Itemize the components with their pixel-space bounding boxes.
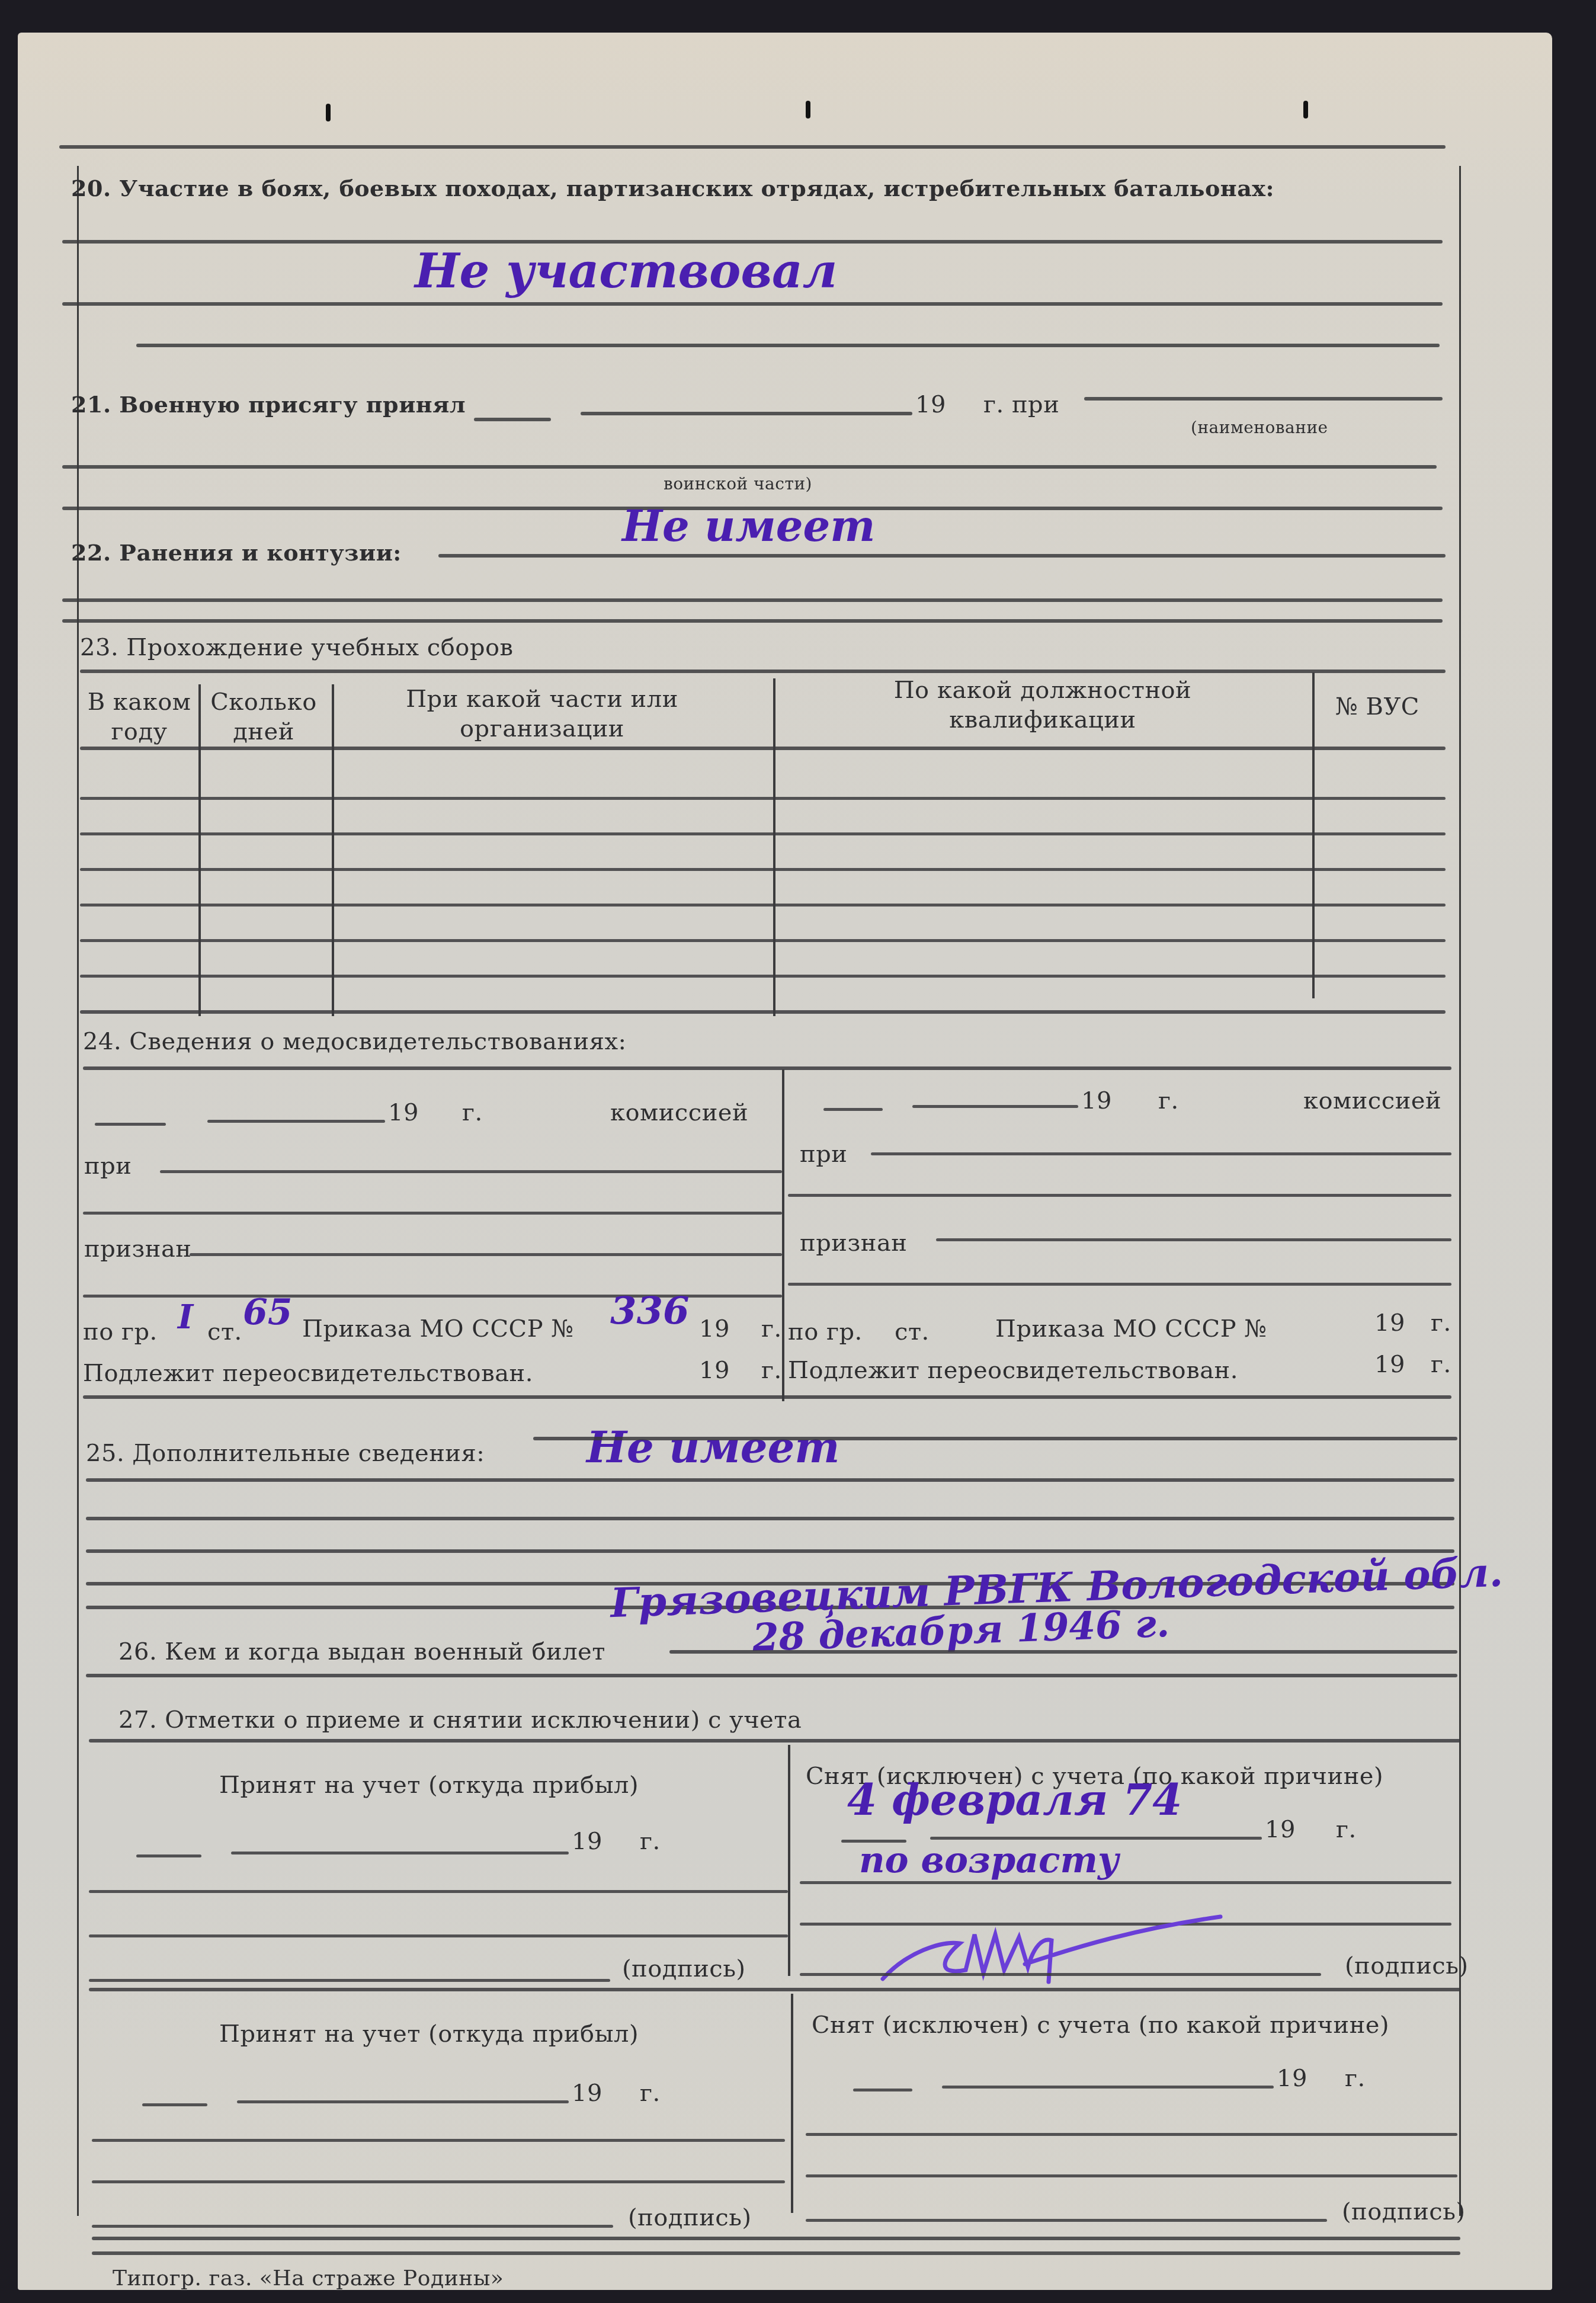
col-header-vus: № ВУС xyxy=(1315,693,1440,720)
rule xyxy=(806,2133,1457,2136)
punch-mark xyxy=(806,101,810,118)
date-month-blank xyxy=(942,2086,1274,2089)
rule xyxy=(86,1549,1454,1553)
col-divider xyxy=(788,1745,790,1976)
document-card: 20. Участие в боях, боевых походах, парт… xyxy=(18,33,1552,2290)
table-row xyxy=(80,797,1446,800)
date-day-blank xyxy=(853,2089,912,2091)
table-row xyxy=(80,868,1446,871)
table-row xyxy=(80,975,1446,978)
rule xyxy=(83,1066,1451,1070)
handwritten-signature xyxy=(871,1911,1238,1988)
signature-caption: (подпись) xyxy=(622,1955,746,1982)
rule xyxy=(86,1478,1454,1482)
date-month-blank xyxy=(912,1105,1078,1108)
group-label: по гр. xyxy=(788,1318,863,1346)
col-header-days: Сколько дней xyxy=(207,687,320,747)
date-day-blank xyxy=(474,418,551,421)
re-exam-suffix: г. xyxy=(761,1357,782,1384)
form-frame xyxy=(77,166,1461,2216)
section-24-label: 24. Сведения о медосвидетельствованиях: xyxy=(83,1028,626,1055)
section-22-label: 22. Ранения и контузии: xyxy=(71,539,402,566)
signature-line xyxy=(89,1979,610,1982)
year-suffix: г. xyxy=(1158,1087,1179,1114)
section-23-label: 23. Прохождение учебных сборов xyxy=(80,634,514,661)
group-label: по гр. xyxy=(83,1318,158,1346)
year-prefix: 19 xyxy=(1265,1816,1296,1843)
section-20-handwritten: Не участвовал xyxy=(415,243,837,299)
rule xyxy=(62,619,1443,623)
year-prefix: 19 xyxy=(1277,2065,1307,2092)
re-exam-label: Подлежит переосвидетельствован. xyxy=(83,1360,533,1387)
col-divider xyxy=(332,684,334,1016)
re-exam-suffix: г. xyxy=(1431,1351,1451,1378)
date-month-blank xyxy=(581,412,912,415)
removed-handwritten-reason: по возрасту xyxy=(859,1840,1119,1881)
order-year: 19 xyxy=(699,1315,730,1343)
date-month-blank xyxy=(207,1120,385,1123)
signature-line xyxy=(92,2225,613,2228)
signature-caption: (подпись) xyxy=(628,2204,752,2231)
col-divider xyxy=(773,678,775,1016)
date-day-blank xyxy=(95,1123,166,1126)
year-prefix: 19 xyxy=(1081,1087,1112,1114)
section-22-handwritten: Не имеет xyxy=(622,501,876,551)
group-handwritten: I xyxy=(178,1298,193,1337)
signature-line xyxy=(806,2219,1327,2222)
re-exam-year: 19 xyxy=(1374,1351,1405,1378)
year-suffix: г. при xyxy=(983,391,1059,418)
rule xyxy=(936,1238,1451,1241)
rule xyxy=(1084,397,1443,401)
commission-label: комиссией xyxy=(1303,1087,1441,1114)
article-label: ст. xyxy=(895,1318,930,1346)
year-suffix: г. xyxy=(640,2080,661,2107)
col-header-year: В каком году xyxy=(80,687,198,747)
table-row xyxy=(80,904,1446,907)
year-suffix: г. xyxy=(462,1099,483,1126)
punch-mark xyxy=(326,104,331,121)
rule xyxy=(669,1650,1457,1654)
commission-label: комиссией xyxy=(610,1099,748,1126)
caption-military-unit: воинской части) xyxy=(664,474,812,494)
date-month-blank xyxy=(231,1852,569,1854)
rule xyxy=(89,1988,1460,1991)
order-label: Приказа МО СССР № xyxy=(302,1315,574,1343)
re-exam-year: 19 xyxy=(699,1357,730,1384)
date-day-blank xyxy=(823,1108,883,1111)
caption-unit-name: (наименование xyxy=(1191,418,1328,437)
order-year: 19 xyxy=(1374,1309,1405,1337)
at-label: при xyxy=(800,1141,847,1168)
col-divider xyxy=(791,1994,793,2213)
article-label: ст. xyxy=(207,1318,242,1346)
year-prefix: 19 xyxy=(915,391,946,418)
section-25-handwritten: Не имеет xyxy=(587,1422,840,1472)
rule xyxy=(438,554,1446,558)
rule xyxy=(800,1881,1451,1884)
rule xyxy=(788,1194,1451,1197)
rule xyxy=(80,1010,1446,1014)
removed-title: Снят (исключен) с учета (по какой причин… xyxy=(812,2011,1389,2039)
rule xyxy=(533,1437,1457,1440)
rule xyxy=(83,1395,1451,1399)
date-month-blank xyxy=(237,2100,569,2103)
rule xyxy=(89,1739,1460,1743)
rule xyxy=(190,1253,782,1256)
rule xyxy=(80,747,1446,750)
signature-line xyxy=(800,1973,1321,1976)
section-25-label: 25. Дополнительные сведения: xyxy=(86,1440,485,1467)
year-prefix: 19 xyxy=(572,2080,602,2107)
col-divider xyxy=(1312,672,1315,998)
year-suffix: г. xyxy=(1345,2065,1366,2092)
rule xyxy=(59,145,1446,149)
recognized-label: признан xyxy=(84,1235,191,1263)
col-divider xyxy=(198,684,201,1016)
signature-caption: (подпись) xyxy=(1342,2198,1466,2225)
date-day-blank xyxy=(136,1854,201,1857)
accepted-title: Принят на учет (откуда прибыл) xyxy=(219,1772,639,1799)
table-row xyxy=(80,832,1446,835)
order-year-suffix: г. xyxy=(1431,1309,1451,1337)
rule xyxy=(136,344,1440,347)
rule xyxy=(83,1212,782,1215)
year-suffix: г. xyxy=(640,1828,661,1855)
recognized-label: признан xyxy=(800,1229,907,1257)
col-header-qualification: По какой должностной квалификации xyxy=(782,675,1303,735)
rule xyxy=(80,670,1446,673)
year-prefix: 19 xyxy=(572,1828,602,1855)
order-label: Приказа МО СССР № xyxy=(995,1315,1267,1343)
date-day-blank xyxy=(142,2103,207,2106)
re-exam-label: Подлежит переосвидетельствован. xyxy=(788,1357,1238,1384)
rule xyxy=(92,2251,1460,2255)
rule xyxy=(160,1170,782,1173)
at-label: при xyxy=(84,1152,132,1180)
rule xyxy=(86,1517,1454,1520)
rule xyxy=(92,2180,785,2183)
rule xyxy=(62,598,1443,602)
col-divider xyxy=(782,1069,784,1401)
order-year-suffix: г. xyxy=(761,1315,782,1343)
col-header-unit: При какой части или организации xyxy=(338,684,746,744)
article-handwritten: 65 xyxy=(243,1292,293,1333)
section-20-label: 20. Участие в боях, боевых походах, парт… xyxy=(71,175,1274,201)
rule xyxy=(92,2237,1460,2240)
order-number-handwritten: 336 xyxy=(610,1289,690,1333)
rule xyxy=(89,1890,788,1893)
punch-mark xyxy=(1303,101,1308,118)
section-27-label: 27. Отметки о приеме и снятии исключении… xyxy=(118,1706,802,1734)
accepted-title: Принят на учет (откуда прибыл) xyxy=(219,2020,639,2048)
rule xyxy=(89,1934,788,1937)
section-26-label: 26. Кем и когда выдан военный билет xyxy=(118,1638,605,1665)
printer-imprint: Типогр. газ. «На страже Родины» xyxy=(113,2266,504,2291)
section-21-label: 21. Военную присягу принял xyxy=(71,391,466,418)
signature-caption: (подпись) xyxy=(1345,1952,1469,1980)
removed-handwritten-date: 4 февраля 74 xyxy=(847,1775,1182,1825)
rule xyxy=(92,2139,785,2142)
rule xyxy=(62,302,1443,306)
rule xyxy=(806,2174,1457,2177)
rule xyxy=(62,465,1437,469)
year-prefix: 19 xyxy=(388,1099,419,1126)
rule xyxy=(788,1283,1451,1286)
rule xyxy=(86,1674,1457,1677)
rule xyxy=(871,1152,1451,1155)
year-suffix: г. xyxy=(1336,1816,1357,1843)
table-row xyxy=(80,939,1446,942)
